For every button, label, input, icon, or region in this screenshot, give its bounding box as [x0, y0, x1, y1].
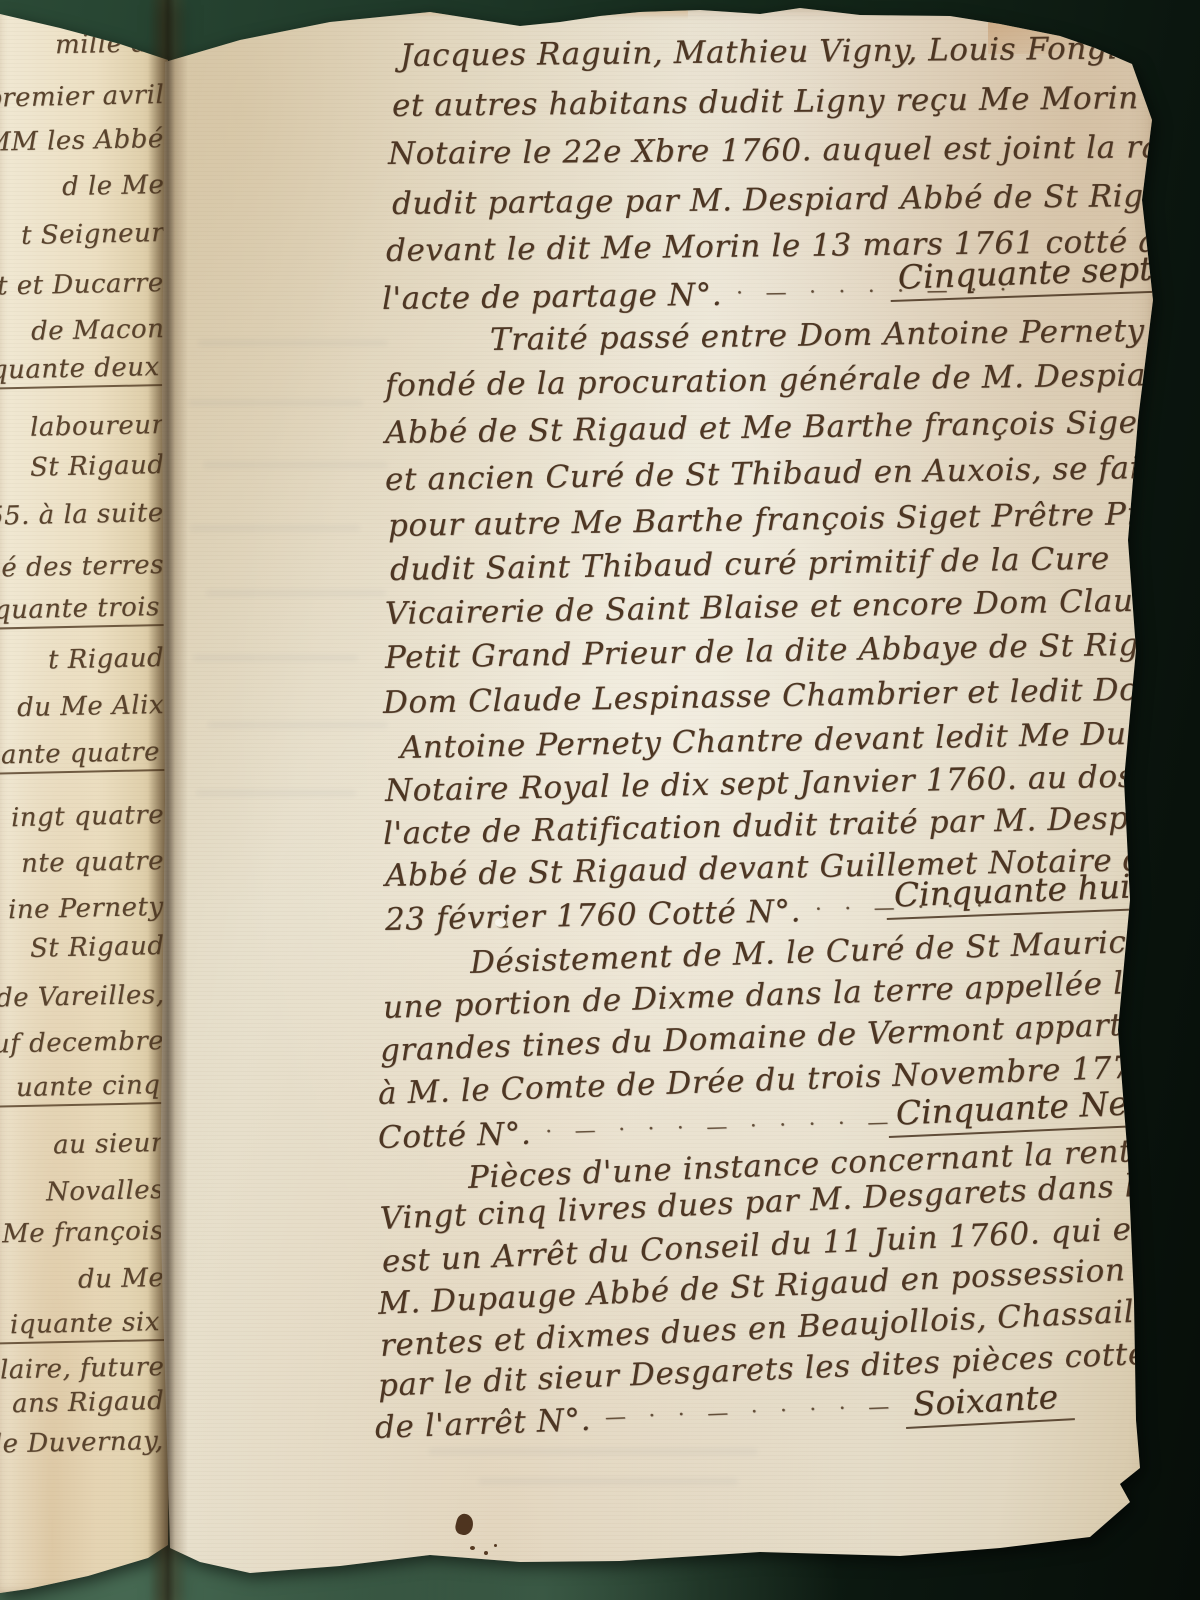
- showthrough-mark: [193, 655, 358, 661]
- torn-edge: [418, 0, 688, 21]
- fragment-line: t et Ducarre: [0, 268, 164, 301]
- fragment-line: ingt quatre: [11, 800, 165, 833]
- fragment-line: ué des terres: [0, 550, 164, 584]
- ink-speck: [494, 1544, 497, 1547]
- fragment-line: t Rigaud: [48, 643, 165, 675]
- manuscript-line: et autres habitans dudit Ligny reçu Me M…: [392, 80, 1181, 124]
- fragment-line: d le Me: [61, 170, 164, 202]
- line-text: l'acte de partage N°.: [382, 277, 723, 317]
- fragment-line: premier avril: [0, 80, 164, 114]
- fragment-line: nte quatre: [21, 846, 165, 879]
- fragment-line: t Seigneur: [21, 218, 165, 251]
- book-spread: mille de premier avril MM les Abbé d le …: [0, 0, 1200, 1600]
- line-text: de l'arrêt N°.: [374, 1402, 591, 1446]
- manuscript-line: Dom Claude Lespinasse Chambrier et ledit…: [383, 671, 1169, 721]
- manuscript-line: dudit Saint Thibaud curé primitif de la …: [390, 541, 1110, 588]
- fragment-line: St Rigaud: [29, 931, 164, 964]
- showthrough-mark: [478, 1478, 738, 1485]
- manuscript-line: et ancien Curé de St Thibaud en Auxois, …: [385, 448, 1200, 498]
- fragment-line: mille de: [54, 28, 164, 60]
- fragment-line: St Rigaud: [29, 450, 164, 483]
- paper-hole: [495, 918, 506, 927]
- tally-number: Soixante: [904, 1376, 1075, 1429]
- ink-speck: [448, 1558, 451, 1561]
- dot-leader: · — · · · — · · · · — ·: [545, 1109, 926, 1144]
- fragment-line: Claude Duvernay,: [0, 1426, 164, 1461]
- fragment-line: 55. à la suite: [0, 498, 164, 532]
- tally-number: Cinquante huit: [885, 865, 1160, 919]
- left-page-sliver: mille de premier avril MM les Abbé d le …: [0, 0, 174, 1600]
- manuscript-line: Antoine Pernety Chantre devant ledit Me …: [400, 714, 1200, 766]
- showthrough-mark: [188, 400, 363, 406]
- ink-speck: [484, 1551, 488, 1555]
- fragment-line: laboureur: [29, 410, 164, 443]
- main-manuscript-page: Jacques Raguin, Mathieu Vigny, Louis Fon…: [148, 0, 1162, 1600]
- fragment-line: ine Pernety: [8, 892, 164, 925]
- fragment-line: MM les Abbé: [0, 124, 164, 158]
- manuscript-line: Vicairerie de Saint Blaise et encore Dom…: [385, 582, 1174, 632]
- manuscript-line: Abbé de St Rigaud et Me Barthe françois …: [385, 403, 1200, 451]
- showthrough-mark: [208, 722, 388, 728]
- showthrough-mark: [203, 462, 388, 468]
- manuscript-line: fondé de la procuration générale de M. D…: [385, 357, 1182, 404]
- manuscript-line: Petit Grand Prieur de la dite Abbaye de …: [385, 626, 1200, 676]
- photograph-of-manuscript: mille de premier avril MM les Abbé d le …: [0, 0, 1200, 1600]
- fragment-line: uante cinq: [0, 1070, 164, 1107]
- showthrough-mark: [198, 340, 388, 346]
- fragment-line: Me françois: [2, 1216, 165, 1249]
- fragment-line: ante quatre: [0, 737, 164, 775]
- dot-leader: — · · — · · · · —: [604, 1394, 897, 1429]
- fragment-line: quante trois: [0, 592, 164, 630]
- manuscript-line: pour autre Me Barthe françois Siget Prêt…: [388, 495, 1200, 544]
- showthrough-mark: [190, 525, 360, 531]
- manuscript-line: Traité passé entre Dom Antoine Pernety: [490, 313, 1145, 358]
- line-text: 23 février 1760 Cotté N°.: [385, 893, 802, 938]
- ink-speck: [470, 1546, 475, 1550]
- fragment-line: ans Rigaud: [11, 1386, 164, 1419]
- tally-number: Cinquante sept: [889, 248, 1169, 302]
- fragment-line: euf decembre: [0, 1026, 164, 1060]
- showthrough-mark: [428, 1448, 758, 1455]
- line-text: Cotté N°.: [377, 1116, 531, 1156]
- showthrough-mark: [206, 590, 386, 596]
- fragment-line: du Me Alix: [17, 690, 165, 723]
- manuscript-line: Jacques Raguin, Mathieu Vigny, Louis Fon…: [400, 30, 1153, 74]
- fragment-line: de Vareilles,: [0, 980, 164, 1014]
- fragment-line: Novalles: [46, 1175, 165, 1207]
- fragment-line: quante deux: [0, 352, 164, 390]
- fragment-line: de Macon: [30, 314, 164, 347]
- showthrough-mark: [196, 790, 356, 796]
- fragment-line: du Me: [78, 1263, 165, 1295]
- fragment-line: laire, future: [0, 1352, 164, 1385]
- manuscript-line: dudit partage par M. Despiard Abbé de St…: [392, 178, 1200, 222]
- fragment-line: au sieur: [53, 1128, 164, 1160]
- ink-blot: [454, 1512, 476, 1536]
- manuscript-line: Notaire le 22e Xbre 1760. auquel est joi…: [388, 128, 1200, 172]
- fragment-line: iquante six: [0, 1307, 164, 1345]
